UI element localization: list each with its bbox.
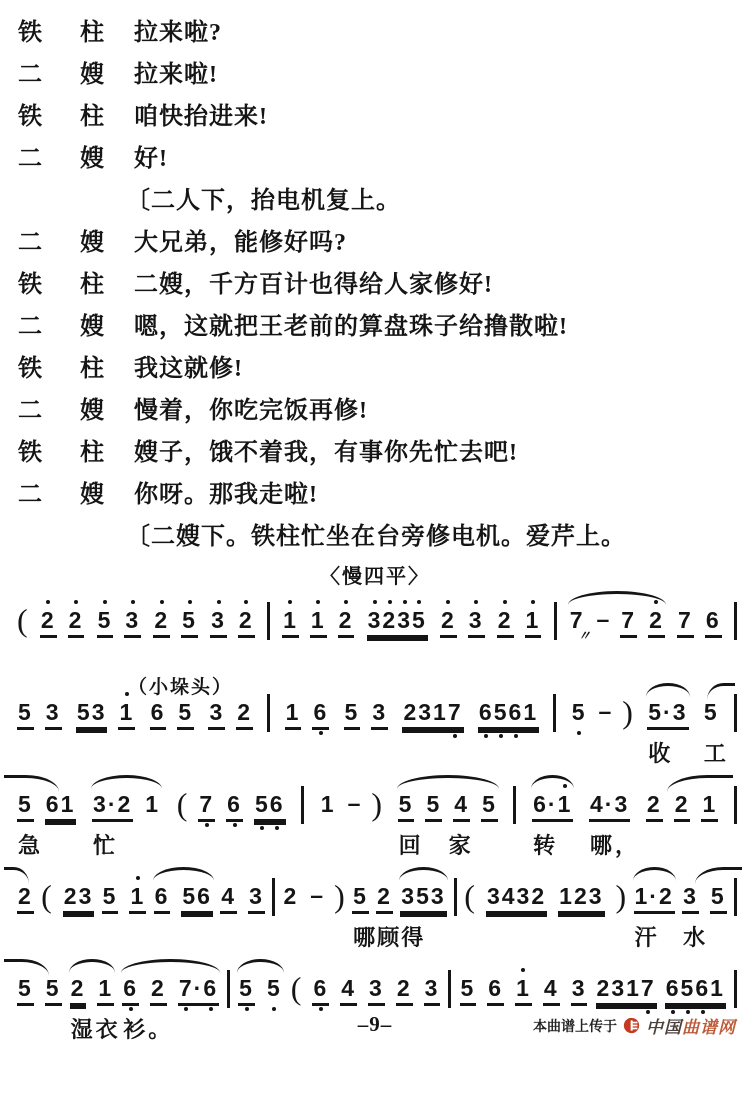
- note-digit: 4: [544, 976, 559, 1000]
- lyric-text: 汗: [635, 921, 660, 952]
- note-token: 5: [398, 792, 415, 822]
- note-group: 56143: [459, 976, 589, 1006]
- note-group: 2317: [595, 976, 658, 1006]
- note-digit: 2: [649, 608, 664, 632]
- dialogue-text: 慢着，你吃完饭再修!: [134, 390, 368, 425]
- note-digit: 3: [614, 792, 629, 816]
- watermark-prefix: 本曲谱上传于: [533, 1016, 617, 1036]
- note-token: 1: [701, 792, 718, 822]
- note-token: 56: [254, 792, 286, 822]
- note-digit: 3: [431, 884, 446, 908]
- note-token: 2317: [596, 976, 657, 1006]
- note-group-slur: 5工: [702, 700, 721, 727]
- dialogue-text: 好!: [134, 138, 168, 173]
- note-token: 23: [63, 884, 95, 914]
- note-group: 1–): [319, 792, 383, 820]
- note-token: 6: [150, 700, 167, 730]
- note-digit: 2: [151, 976, 166, 1000]
- speaker-name-char: 二: [18, 222, 42, 257]
- dialogue-text: 我这就修!: [134, 348, 243, 383]
- note-digit: 5: [494, 700, 509, 724]
- octave-dot-below: [499, 734, 503, 738]
- note-group: 25: [152, 608, 199, 638]
- note-digit: 5: [18, 792, 33, 816]
- note-digit: 3: [249, 884, 264, 908]
- note-digit: 2: [377, 884, 392, 908]
- dialogue-row: 铁柱嫂子，饿不着我，有事你先忙去吧!: [10, 428, 740, 470]
- speaker-name-char: 柱: [80, 348, 104, 383]
- note-digit: 5: [77, 700, 92, 724]
- speaker-name: 二嫂: [18, 390, 104, 425]
- note-digit: 2: [71, 976, 86, 1000]
- note-token: 7: [198, 792, 215, 822]
- note-token: 6561: [665, 976, 726, 1006]
- lyric-text: 工: [704, 737, 729, 768]
- note-digit: 2: [154, 608, 169, 632]
- note-digit: 2: [675, 792, 690, 816]
- octave-dot-below: [514, 734, 518, 738]
- note-digit: 6: [270, 792, 285, 816]
- note-digit: 5: [412, 608, 427, 632]
- barline: [267, 694, 270, 732]
- note-digit: 3: [211, 608, 226, 632]
- music-section: 〈慢四平〉 (22532532112323523217〃–7276（小垛头）53…: [10, 560, 740, 1048]
- note-digit: 3: [368, 608, 383, 632]
- note-group-slur: 353得: [399, 884, 447, 914]
- note-token: 5: [481, 792, 498, 822]
- octave-dot-above: [74, 600, 78, 604]
- speaker-name-char: 铁: [18, 348, 42, 383]
- lyric-text: 水: [683, 921, 708, 952]
- speaker-name-char: 柱: [80, 96, 104, 131]
- note-digit: 2: [597, 976, 612, 1000]
- dialogue-text: 咱快抬进来!: [134, 96, 268, 131]
- note-digit: 3: [517, 884, 532, 908]
- note-token: 5: [17, 700, 34, 730]
- note-digit: 5: [572, 700, 587, 724]
- note-group: 6561: [477, 700, 540, 730]
- note-digit: 1: [311, 608, 326, 632]
- octave-dot-above: [288, 600, 292, 604]
- note-digit: 1: [702, 792, 717, 816]
- note-token: 2: [338, 608, 355, 638]
- speaker-name-char: 嫂: [80, 222, 104, 257]
- speaker-name-char: 二: [18, 54, 42, 89]
- note-token: 2: [440, 608, 457, 638]
- speaker-name-char: 嫂: [80, 390, 104, 425]
- note-group: 43: [219, 884, 266, 914]
- note-digit: 3: [372, 700, 387, 724]
- note-group: [512, 792, 517, 824]
- note-digit: 5: [704, 700, 719, 724]
- barline: [734, 878, 737, 916]
- lyric-text: 哪: [353, 921, 378, 952]
- note-digit: 5: [255, 792, 270, 816]
- note-digit: 3: [683, 884, 698, 908]
- music-line: 561急3·21忙(76561–)5545回 家6·1转4·3哪，221: [10, 772, 740, 864]
- note-digit: 1: [558, 792, 573, 816]
- note-token: 5: [425, 792, 442, 822]
- note-digit: ·: [605, 792, 615, 816]
- note-digit: 6: [488, 976, 503, 1000]
- note-token: 4·3: [589, 792, 630, 822]
- duration-dash: –: [348, 792, 361, 820]
- note-group-slur: 1·2汗: [633, 884, 676, 914]
- note-token: 5·3: [647, 700, 688, 730]
- note-token: 5: [571, 700, 588, 728]
- lyric-text: 回 家: [399, 829, 474, 860]
- note-digit: 4: [221, 884, 236, 908]
- note-digit: 5: [178, 700, 193, 724]
- note-digit: 3: [93, 792, 108, 816]
- barline: [734, 694, 737, 732]
- note-token: 6: [487, 976, 504, 1006]
- note-group: 65: [149, 700, 196, 730]
- note-digit: 2: [531, 884, 546, 908]
- note-token: 5: [460, 976, 477, 1006]
- note-group-slur: 5·3收: [646, 700, 689, 730]
- note-token: 2: [150, 976, 167, 1006]
- note-group: 2317: [401, 700, 464, 730]
- dialogue-row: 铁柱我这就修!: [10, 344, 740, 386]
- dialogue-row: 二嫂你呀。那我走啦!: [10, 470, 740, 512]
- note-digit: 2: [237, 700, 252, 724]
- note-digit: 5: [461, 976, 476, 1000]
- speaker-name-char: 柱: [80, 12, 104, 47]
- note-digit: 2: [69, 608, 84, 632]
- octave-dot-above: [417, 600, 421, 604]
- note-group: 531: [75, 700, 136, 730]
- note-digit: 2: [339, 608, 354, 632]
- parenthesis: ): [616, 880, 627, 914]
- parenthesis: (: [464, 880, 475, 914]
- note-token: 4: [220, 884, 237, 914]
- note-group-slur: 2: [16, 884, 35, 914]
- octave-dot-above: [125, 692, 129, 696]
- speaker-name-char: 柱: [80, 432, 104, 467]
- tune-name-label: 〈慢四平〉: [10, 560, 740, 588]
- dialogue-row: 二嫂拉来啦!: [10, 50, 740, 92]
- note-digit: 3: [418, 700, 433, 724]
- note-digit: 6: [123, 976, 138, 1000]
- note-digit: 1: [145, 792, 160, 816]
- note-digit: 6: [313, 976, 328, 1000]
- note-digit: 2: [441, 608, 456, 632]
- note-digit: 3: [469, 608, 484, 632]
- note-token: 3235: [367, 608, 428, 638]
- note-group: 23: [439, 608, 486, 638]
- note-token: 2: [674, 792, 691, 822]
- dialogue-row: 二嫂大兄弟，能修好吗?: [10, 218, 740, 260]
- note-token: 2: [396, 976, 413, 1006]
- note-group: [447, 976, 452, 1008]
- note-digit: 5: [711, 884, 726, 908]
- note-group: (: [16, 608, 29, 636]
- note-token: 5: [710, 884, 727, 914]
- note-digit: 5: [18, 976, 33, 1000]
- note-token: 6: [312, 700, 329, 730]
- watermark-site-name: 中国曲谱网: [646, 1013, 736, 1038]
- note-token: 1: [515, 976, 532, 1006]
- note-token: 2: [646, 792, 663, 822]
- note-digit: 5: [681, 976, 696, 1000]
- octave-dot-above: [563, 784, 567, 788]
- note-group: (23: [40, 884, 95, 914]
- note-digit: 5: [426, 792, 441, 816]
- octave-dot-above: [474, 600, 478, 604]
- note-group: [733, 884, 738, 916]
- lyric-text: 哪，: [590, 829, 640, 860]
- octave-dot-below: [129, 1007, 133, 1011]
- note-digit: 6: [46, 792, 61, 816]
- note-token: 2: [70, 976, 87, 1006]
- note-group: 2顾: [375, 884, 394, 914]
- note-digit: 6: [151, 700, 166, 724]
- octave-dot-above: [244, 600, 248, 604]
- dialogue-text: 你呀。那我走啦!: [134, 474, 318, 509]
- octave-dot-below: [577, 731, 581, 735]
- note-token: 5: [17, 792, 34, 822]
- note-digit: 6: [203, 976, 218, 1000]
- note-digit: 1: [523, 700, 538, 724]
- barline: [448, 970, 451, 1008]
- dialogue-section: 铁柱拉来啦?二嫂拉来啦!铁柱咱快抬进来!二嫂好!〔二人下，抬电机复上。二嫂大兄弟…: [10, 8, 740, 554]
- note-token: 2: [40, 608, 57, 638]
- note-token: 5: [45, 976, 62, 1006]
- note-token: 61: [45, 792, 77, 822]
- barline: [734, 970, 737, 1008]
- note-token: 1: [118, 700, 135, 730]
- speaker-name: 二嫂: [18, 222, 104, 257]
- dialogue-text: 二嫂，千方百计也得给人家修好!: [134, 264, 493, 299]
- note-group-slur: 3·21忙: [91, 792, 162, 822]
- note-group: [266, 608, 271, 640]
- note-token: 3: [368, 976, 385, 1006]
- note-token: 4: [543, 976, 560, 1006]
- note-digit: 5: [399, 792, 414, 816]
- note-token: 353: [400, 884, 446, 914]
- note-group: [733, 608, 738, 640]
- note-digit: 2: [403, 700, 418, 724]
- note-token: 5: [344, 700, 361, 730]
- watermark-site-part-b: 曲谱网: [682, 1018, 736, 1037]
- note-token: 1: [310, 608, 327, 638]
- speaker-name: 二嫂: [18, 474, 104, 509]
- octave-dot-above: [654, 600, 658, 604]
- speaker-name-char: 铁: [18, 96, 42, 131]
- dialogue-row: 铁柱咱快抬进来!: [10, 92, 740, 134]
- dialogue-row: 二嫂慢着，你吃完饭再修!: [10, 386, 740, 428]
- octave-dot-above: [403, 600, 407, 604]
- note-digit: ·: [108, 792, 118, 816]
- note-digit: 5: [353, 884, 368, 908]
- note-digit: 3: [125, 608, 140, 632]
- note-group: 4·3哪，: [588, 792, 631, 822]
- duration-dash: –: [596, 608, 609, 638]
- note-token: 1: [282, 608, 299, 638]
- speaker-name-char: 二: [18, 138, 42, 173]
- stage-direction-row: 〔二嫂下。铁柱忙坐在台旁修电机。爱芹上。: [10, 512, 740, 554]
- note-group: [271, 884, 276, 916]
- note-group-slur: 6·1转: [531, 792, 574, 822]
- qupuwang-logo-icon: [623, 1017, 640, 1034]
- note-token: 6: [122, 976, 139, 1006]
- parenthesis: (: [177, 788, 188, 822]
- note-digit: 3: [487, 884, 502, 908]
- octave-dot-below: [184, 1007, 188, 1011]
- note-group: [300, 792, 305, 824]
- note-digit: 1: [286, 700, 301, 724]
- lyric-text: 转: [533, 829, 558, 860]
- octave-dot-below: [275, 826, 279, 830]
- barline: [553, 694, 556, 732]
- barline: [734, 602, 737, 640]
- note-token: 3: [424, 976, 441, 1006]
- music-line: (22532532112323523217〃–7276: [10, 588, 740, 680]
- speaker-name: 铁柱: [18, 12, 104, 47]
- octave-dot-below: [260, 826, 264, 830]
- note-digit: 6: [313, 700, 328, 724]
- note-group-slur: 21湿衣: [69, 976, 116, 1006]
- note-digit: ·: [194, 976, 204, 1000]
- note-token: 2: [153, 608, 170, 638]
- speaker-name-char: 二: [18, 390, 42, 425]
- note-digit: 5: [103, 884, 118, 908]
- octave-dot-above: [217, 600, 221, 604]
- note-group: 32: [207, 700, 254, 730]
- note-digit: 1: [433, 700, 448, 724]
- note-group-slur: 55: [16, 976, 63, 1006]
- note-digit: 3: [209, 700, 224, 724]
- octave-dot-above: [46, 600, 50, 604]
- note-digit: 3: [79, 884, 94, 908]
- note-group-slur: 5545回 家: [397, 792, 499, 822]
- note-group: 51: [101, 884, 148, 914]
- octave-dot-above: [531, 600, 535, 604]
- note-token: 1: [525, 608, 542, 638]
- note-digit: 7: [641, 976, 656, 1000]
- note-group-slur: 35水: [681, 884, 728, 914]
- note-digit: 6: [706, 608, 721, 632]
- octave-dot-below: [233, 823, 237, 827]
- octave-dot-below: [319, 731, 323, 735]
- note-digit: 3: [611, 976, 626, 1000]
- note-token: 2317: [402, 700, 463, 730]
- parenthesis: (: [291, 972, 302, 1006]
- note-digit: 4: [590, 792, 605, 816]
- parenthesis: (: [41, 880, 52, 914]
- octave-dot-below: [484, 734, 488, 738]
- barline: [513, 786, 516, 824]
- barline: [301, 786, 304, 824]
- note-digit: 6: [695, 976, 710, 1000]
- note-digit: 2: [647, 792, 662, 816]
- lyric-text: 急: [18, 829, 43, 860]
- note-group: [266, 700, 271, 732]
- octave-dot-above: [136, 876, 140, 880]
- note-digit: 1: [635, 884, 650, 908]
- note-digit: 7: [448, 700, 463, 724]
- note-digit: ·: [548, 792, 558, 816]
- watermark-site-part-a: 中国: [646, 1018, 682, 1037]
- lyric-text: 忙: [93, 829, 118, 860]
- note-digit: 2: [659, 884, 674, 908]
- note-group-slur: 627·6衫。: [121, 976, 220, 1006]
- note-token: 1: [129, 884, 146, 914]
- note-token: 6: [312, 976, 329, 1006]
- ornament-mark: 〃: [578, 629, 591, 642]
- note-token: 5: [177, 700, 194, 730]
- note-token: 2: [17, 884, 34, 914]
- note-digit: 2: [117, 792, 132, 816]
- octave-dot-above: [131, 600, 135, 604]
- speaker-name-char: 铁: [18, 432, 42, 467]
- note-digit: 6: [533, 792, 548, 816]
- note-group: 21: [496, 608, 543, 638]
- barline: [227, 970, 230, 1008]
- music-line: 2(2351656432–)5哪2顾353得(3432123)1·2汗35水: [10, 864, 740, 956]
- note-group-slur: 7〃–72: [568, 608, 666, 638]
- dialogue-row: 铁柱拉来啦?: [10, 8, 740, 50]
- parenthesis: ): [334, 880, 345, 912]
- note-digit: 3: [589, 884, 604, 908]
- note-group-slur: 561急: [16, 792, 77, 822]
- note-digit: 5: [46, 976, 61, 1000]
- note-digit: 2: [64, 884, 79, 908]
- note-group: 76: [676, 608, 723, 638]
- speaker-name: 二嫂: [18, 138, 104, 173]
- page-footer: –9– 本曲谱上传于 中国曲谱网: [0, 1012, 750, 1042]
- note-digit: 3: [369, 976, 384, 1000]
- barline: [734, 786, 737, 824]
- speaker-name: 铁柱: [18, 348, 104, 383]
- octave-dot-above: [388, 600, 392, 604]
- note-digit: 2: [18, 884, 33, 908]
- note-group: (7656: [176, 792, 287, 822]
- octave-dot-below: [319, 1007, 323, 1011]
- octave-dot-above: [103, 600, 107, 604]
- score-page: 铁柱拉来啦?二嫂拉来啦!铁柱咱快抬进来!二嫂好!〔二人下，抬电机复上。二嫂大兄弟…: [0, 0, 750, 1048]
- note-digit: 6: [227, 792, 242, 816]
- note-token: 3: [682, 884, 699, 914]
- speaker-name-char: 铁: [18, 12, 42, 47]
- note-token: 6: [705, 608, 722, 638]
- speaker-name-char: 铁: [18, 264, 42, 299]
- note-digit: 3: [397, 608, 412, 632]
- note-token: 3: [210, 608, 227, 638]
- note-group: 53: [343, 700, 390, 730]
- note-digit: 2: [397, 976, 412, 1000]
- dialogue-row: 二嫂嗯，这就把王老前的算盘珠子给撸散啦!: [10, 302, 740, 344]
- note-token: 3: [371, 700, 388, 730]
- dialogue-row: 二嫂好!: [10, 134, 740, 176]
- octave-dot-below: [245, 1007, 249, 1011]
- octave-dot-above: [503, 600, 507, 604]
- note-digit: 5: [182, 884, 197, 908]
- speaker-name: 铁柱: [18, 96, 104, 131]
- note-digit: 3: [401, 884, 416, 908]
- stage-direction-text: 〔二嫂下。铁柱忙坐在台旁修电机。爱芹上。: [126, 516, 626, 551]
- parenthesis: ): [622, 696, 633, 728]
- note-group: 5–): [570, 700, 634, 728]
- duration-dash: –: [310, 884, 323, 912]
- note-group-slur: 221: [645, 792, 719, 822]
- note-token: 1: [320, 792, 337, 820]
- note-token: 56: [181, 884, 213, 914]
- note-token: 3: [571, 976, 588, 1006]
- note-group: 32: [209, 608, 256, 638]
- dialogue-row: 铁柱二嫂，千方百计也得给人家修好!: [10, 260, 740, 302]
